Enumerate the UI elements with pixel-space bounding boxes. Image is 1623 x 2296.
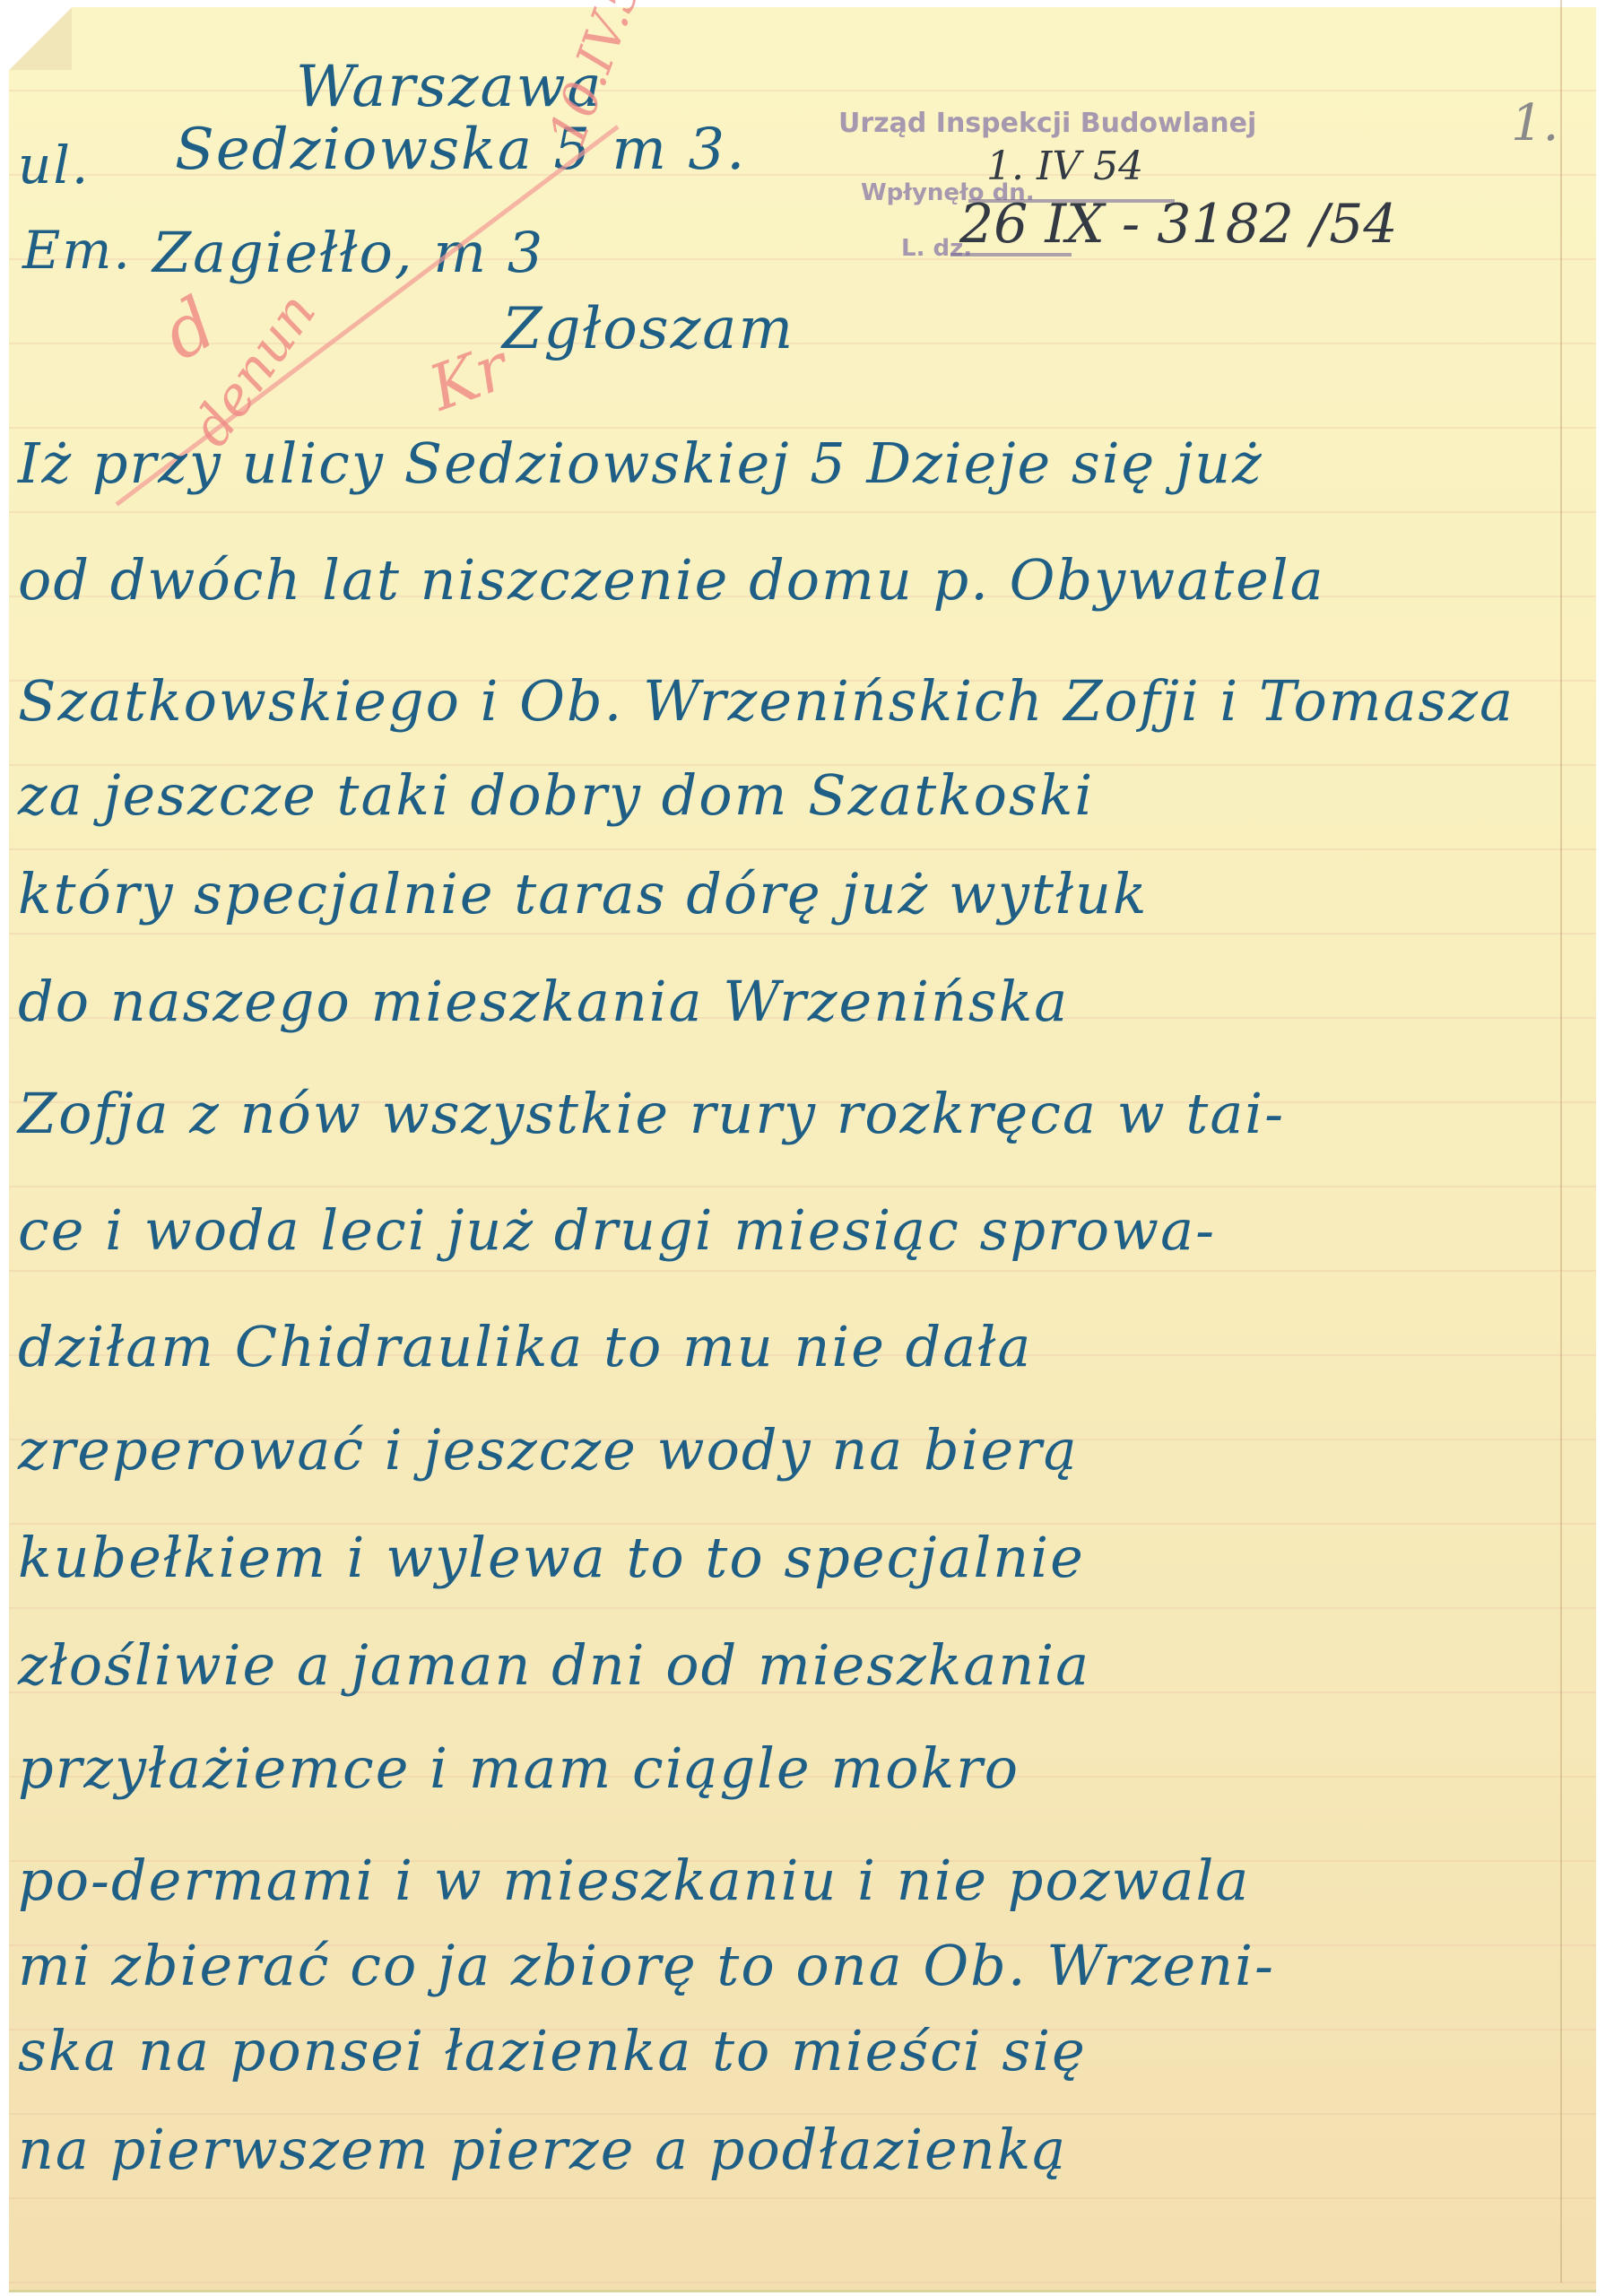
body-line: po-dermami i w mieszkaniu i nie pozwala <box>18 1848 1250 1913</box>
sender-name: Zagiełło, m 3 <box>152 220 544 285</box>
body-line: przyłażiemce i mam ciągle mokro <box>18 1735 1020 1801</box>
body-line: zreperować i jeszcze wody na bierą <box>18 1417 1079 1483</box>
body-line: który specjalnie taras dórę już wytłuk <box>18 861 1148 926</box>
body-line: na pierwszem pierze a podłazienką <box>18 2117 1067 2182</box>
body-line: Zofja z nów wszystkie rury rozkręca w ta… <box>18 1081 1285 1146</box>
body-line: ce i woda leci już drugi miesiąc sprowa- <box>18 1197 1216 1263</box>
body-line: ska na ponsei łazienka to mieści się <box>18 2018 1087 2083</box>
body-line: do naszego mieszkania Wrzenińska <box>18 969 1069 1034</box>
body-line: kubełkiem i wylewa to to specjalnie <box>18 1525 1085 1590</box>
reference-number: 26 IX - 3182 /54 <box>959 193 1398 256</box>
paper-fold-line <box>1560 0 1562 2283</box>
body-line: Szatkowskiego i Ob. Wrzenińskich Zofji i… <box>18 668 1515 734</box>
body-line: dziłam Chidraulika to mu nie dała <box>18 1314 1032 1379</box>
document-title: Zgłoszam <box>502 296 794 362</box>
body-line: mi zbierać co ja zbiorę to ona Ob. Wrzen… <box>18 1933 1275 1998</box>
office-stamp: Urząd Inspekcji Budowlanej <box>838 108 1256 139</box>
body-line: od dwóch lat niszczenie domu p. Obywatel… <box>18 547 1325 613</box>
street-address: Sedziowska 5 m 3. <box>175 117 746 183</box>
folded-corner <box>9 7 72 70</box>
body-line: za jeszcze taki dobry dom Szatkoski <box>18 762 1094 828</box>
sender-label: Em. <box>22 220 132 281</box>
page-number: 1. <box>1511 94 1558 152</box>
body-line: Iż przy ulicy Sedziowskiej 5 Dzieje się … <box>18 430 1263 496</box>
received-date: 1. IV 54 <box>986 143 1143 189</box>
street-label: ul. <box>18 135 90 196</box>
body-line: złośliwie a jaman dni od mieszkania <box>18 1632 1090 1698</box>
